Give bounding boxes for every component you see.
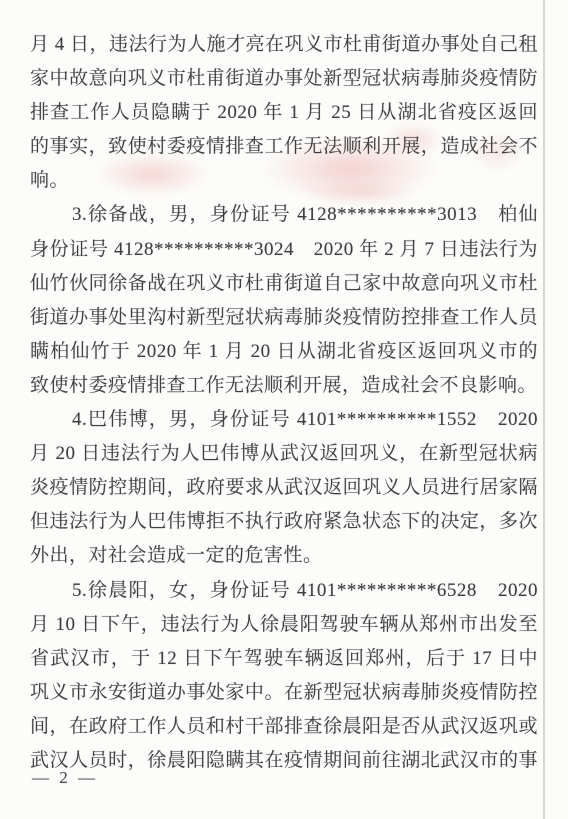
text-line: 但违法行为人巴伟博拒不执行政府紧急状态下的决定，多次私自 [30, 505, 538, 539]
text-line: 的事实，致使村委疫情排查工作无法顺利开展，造成社会不良影 [30, 130, 538, 164]
text-line: 间，在政府工作人员和村干部排查徐晨阳是否从武汉返巩或接触 [30, 710, 538, 744]
text-line: 武汉人员时，徐晨阳隐瞒其在疫情期间前往湖北武汉市的事实， [30, 744, 538, 778]
text-line: 3.徐备战，男，身份证号 4128**********3013 柏仙竹，女， [30, 198, 538, 232]
text-line: 仙竹伙同徐备战在巩义市杜甫街道自己家中故意向巩义市杜甫 [30, 267, 538, 301]
text-line: 响。 [30, 164, 538, 198]
text-line: 瞒柏仙竹于 2020 年 1 月 20 日从湖北省疫区返回巩义市的事实， [30, 335, 538, 369]
text-line: 巩义市永安街道办事处家中。在新型冠状病毒肺炎疫情防控期 [30, 676, 538, 710]
text-line: 排查工作人员隐瞒于 2020 年 1 月 25 日从湖北省疫区返回巩义市 [30, 96, 538, 130]
text-line: 月 20 日违法行为人巴伟博从武汉返回巩义，在新型冠状病毒肺 [30, 437, 538, 471]
text-line: 外出，对社会造成一定的危害性。 [30, 539, 538, 573]
text-line: 月 4 日，违法行为人施才亮在巩义市杜甫街道办事处自己租住的 [30, 28, 538, 62]
text-line: 致使村委疫情排查工作无法顺利开展，造成社会不良影响。 [30, 369, 538, 403]
text-line: 家中故意向巩义市杜甫街道办事处新型冠状病毒肺炎疫情防控 [30, 62, 538, 96]
scan-edge-line [543, 0, 545, 819]
document-page: 月 4 日，违法行为人施才亮在巩义市杜甫街道办事处自己租住的家中故意向巩义市杜甫… [0, 0, 568, 819]
document-lines: 月 4 日，违法行为人施才亮在巩义市杜甫街道办事处自己租住的家中故意向巩义市杜甫… [30, 28, 538, 778]
text-line: 街道办事处里沟村新型冠状病毒肺炎疫情防控排查工作人员隐 [30, 301, 538, 335]
text-line: 身份证号 4128**********3024 2020 年 2 月 7 日违法… [30, 233, 538, 267]
text-line: 5.徐晨阳，女，身份证号 4101**********6528 2020 年 1 [30, 574, 538, 608]
text-line: 月 10 日下午，违法行为人徐晨阳驾驶车辆从郑州市出发至湖北 [30, 608, 538, 642]
text-line: 炎疫情防控期间，政府要求从武汉返回巩义人员进行居家隔离， [30, 471, 538, 505]
page-number: — 2 — [32, 768, 98, 788]
text-line: 省武汉市，于 12 日下午驾驶车辆返回郑州，后于 17 日中午回到 [30, 642, 538, 676]
text-line: 4.巴伟博，男，身份证号 4101**********1552 2020 年 1 [30, 403, 538, 437]
